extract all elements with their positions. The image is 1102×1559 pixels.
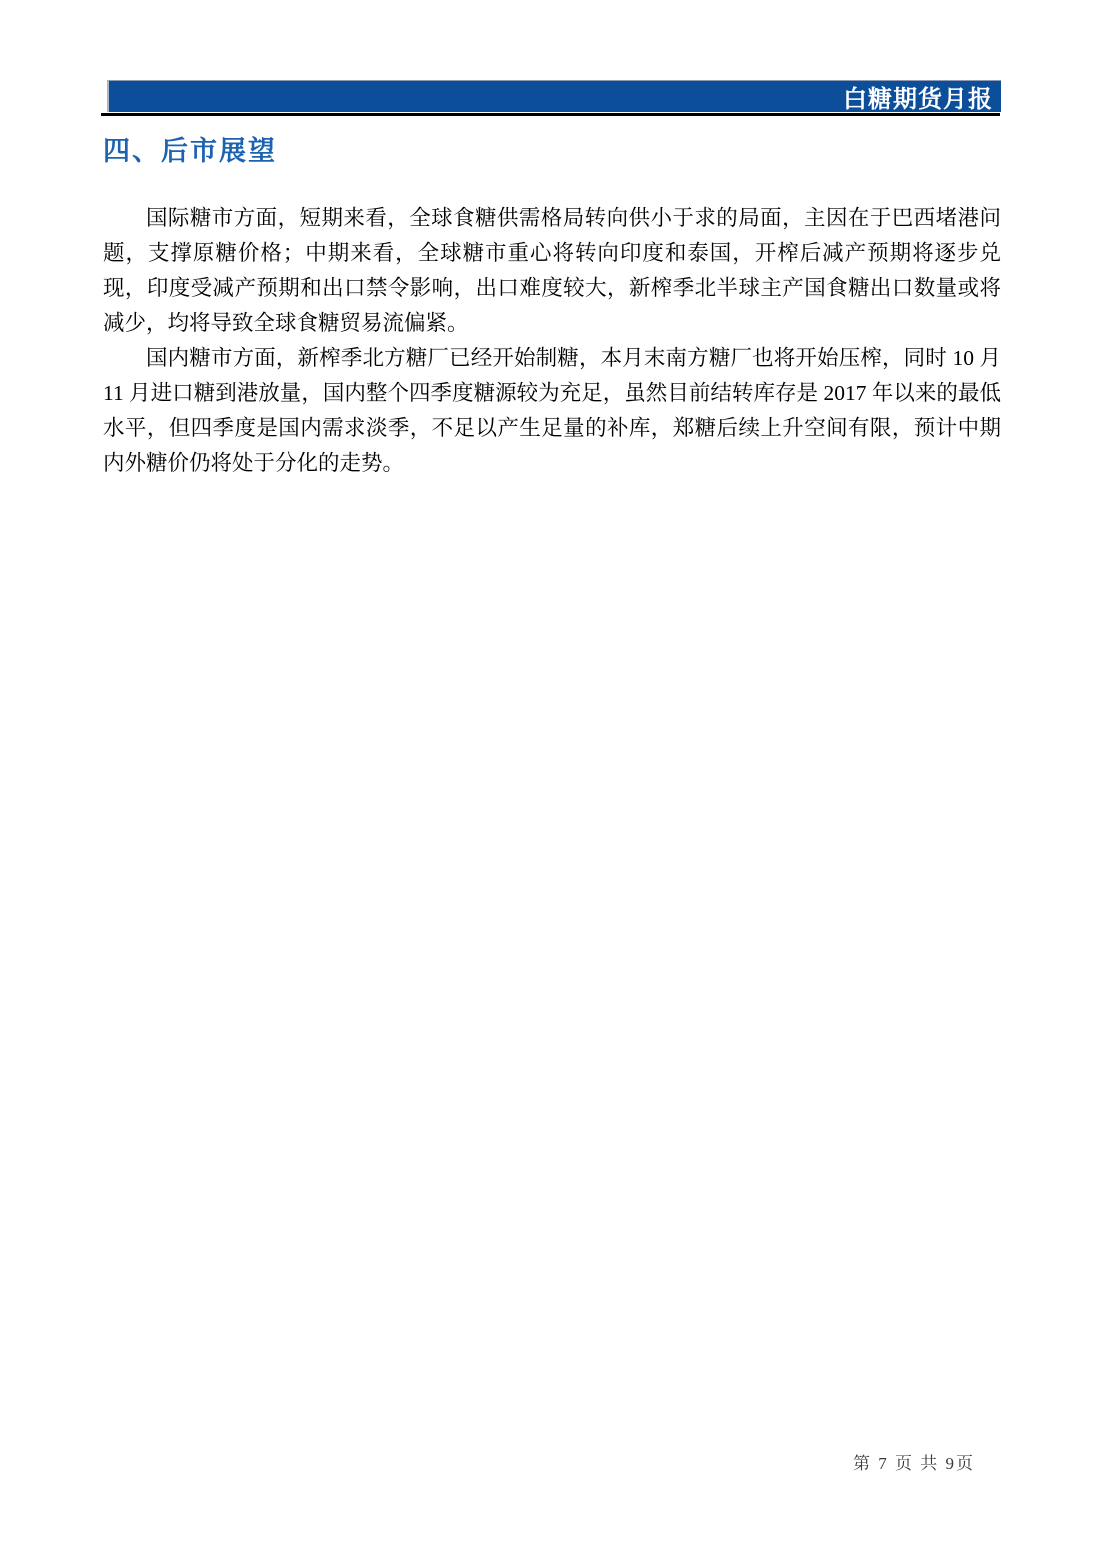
report-body: 国际糖市方面，短期来看，全球食糖供需格局转向供小于求的局面，主因在于巴西堵港问题… xyxy=(103,201,1001,481)
paragraph-international-market: 国际糖市方面，短期来看，全球食糖供需格局转向供小于求的局面，主因在于巴西堵港问题… xyxy=(103,201,1001,341)
section-heading-outlook: 四、后市展望 xyxy=(103,129,277,168)
paragraph-domestic-market: 国内糖市方面，新榨季北方糖厂已经开始制糖，本月末南方糖厂也将开始压榨，同时 10… xyxy=(103,341,1001,481)
header-divider-rule xyxy=(101,113,1000,116)
report-title: 白糖期货月报 xyxy=(843,79,993,114)
page-number-footer: 第 7 页 共 9页 xyxy=(853,1449,975,1474)
report-header-bar: 白糖期货月报 xyxy=(107,80,1001,112)
report-page: 白糖期货月报 四、后市展望 国际糖市方面，短期来看，全球食糖供需格局转向供小于求… xyxy=(0,0,1102,1559)
